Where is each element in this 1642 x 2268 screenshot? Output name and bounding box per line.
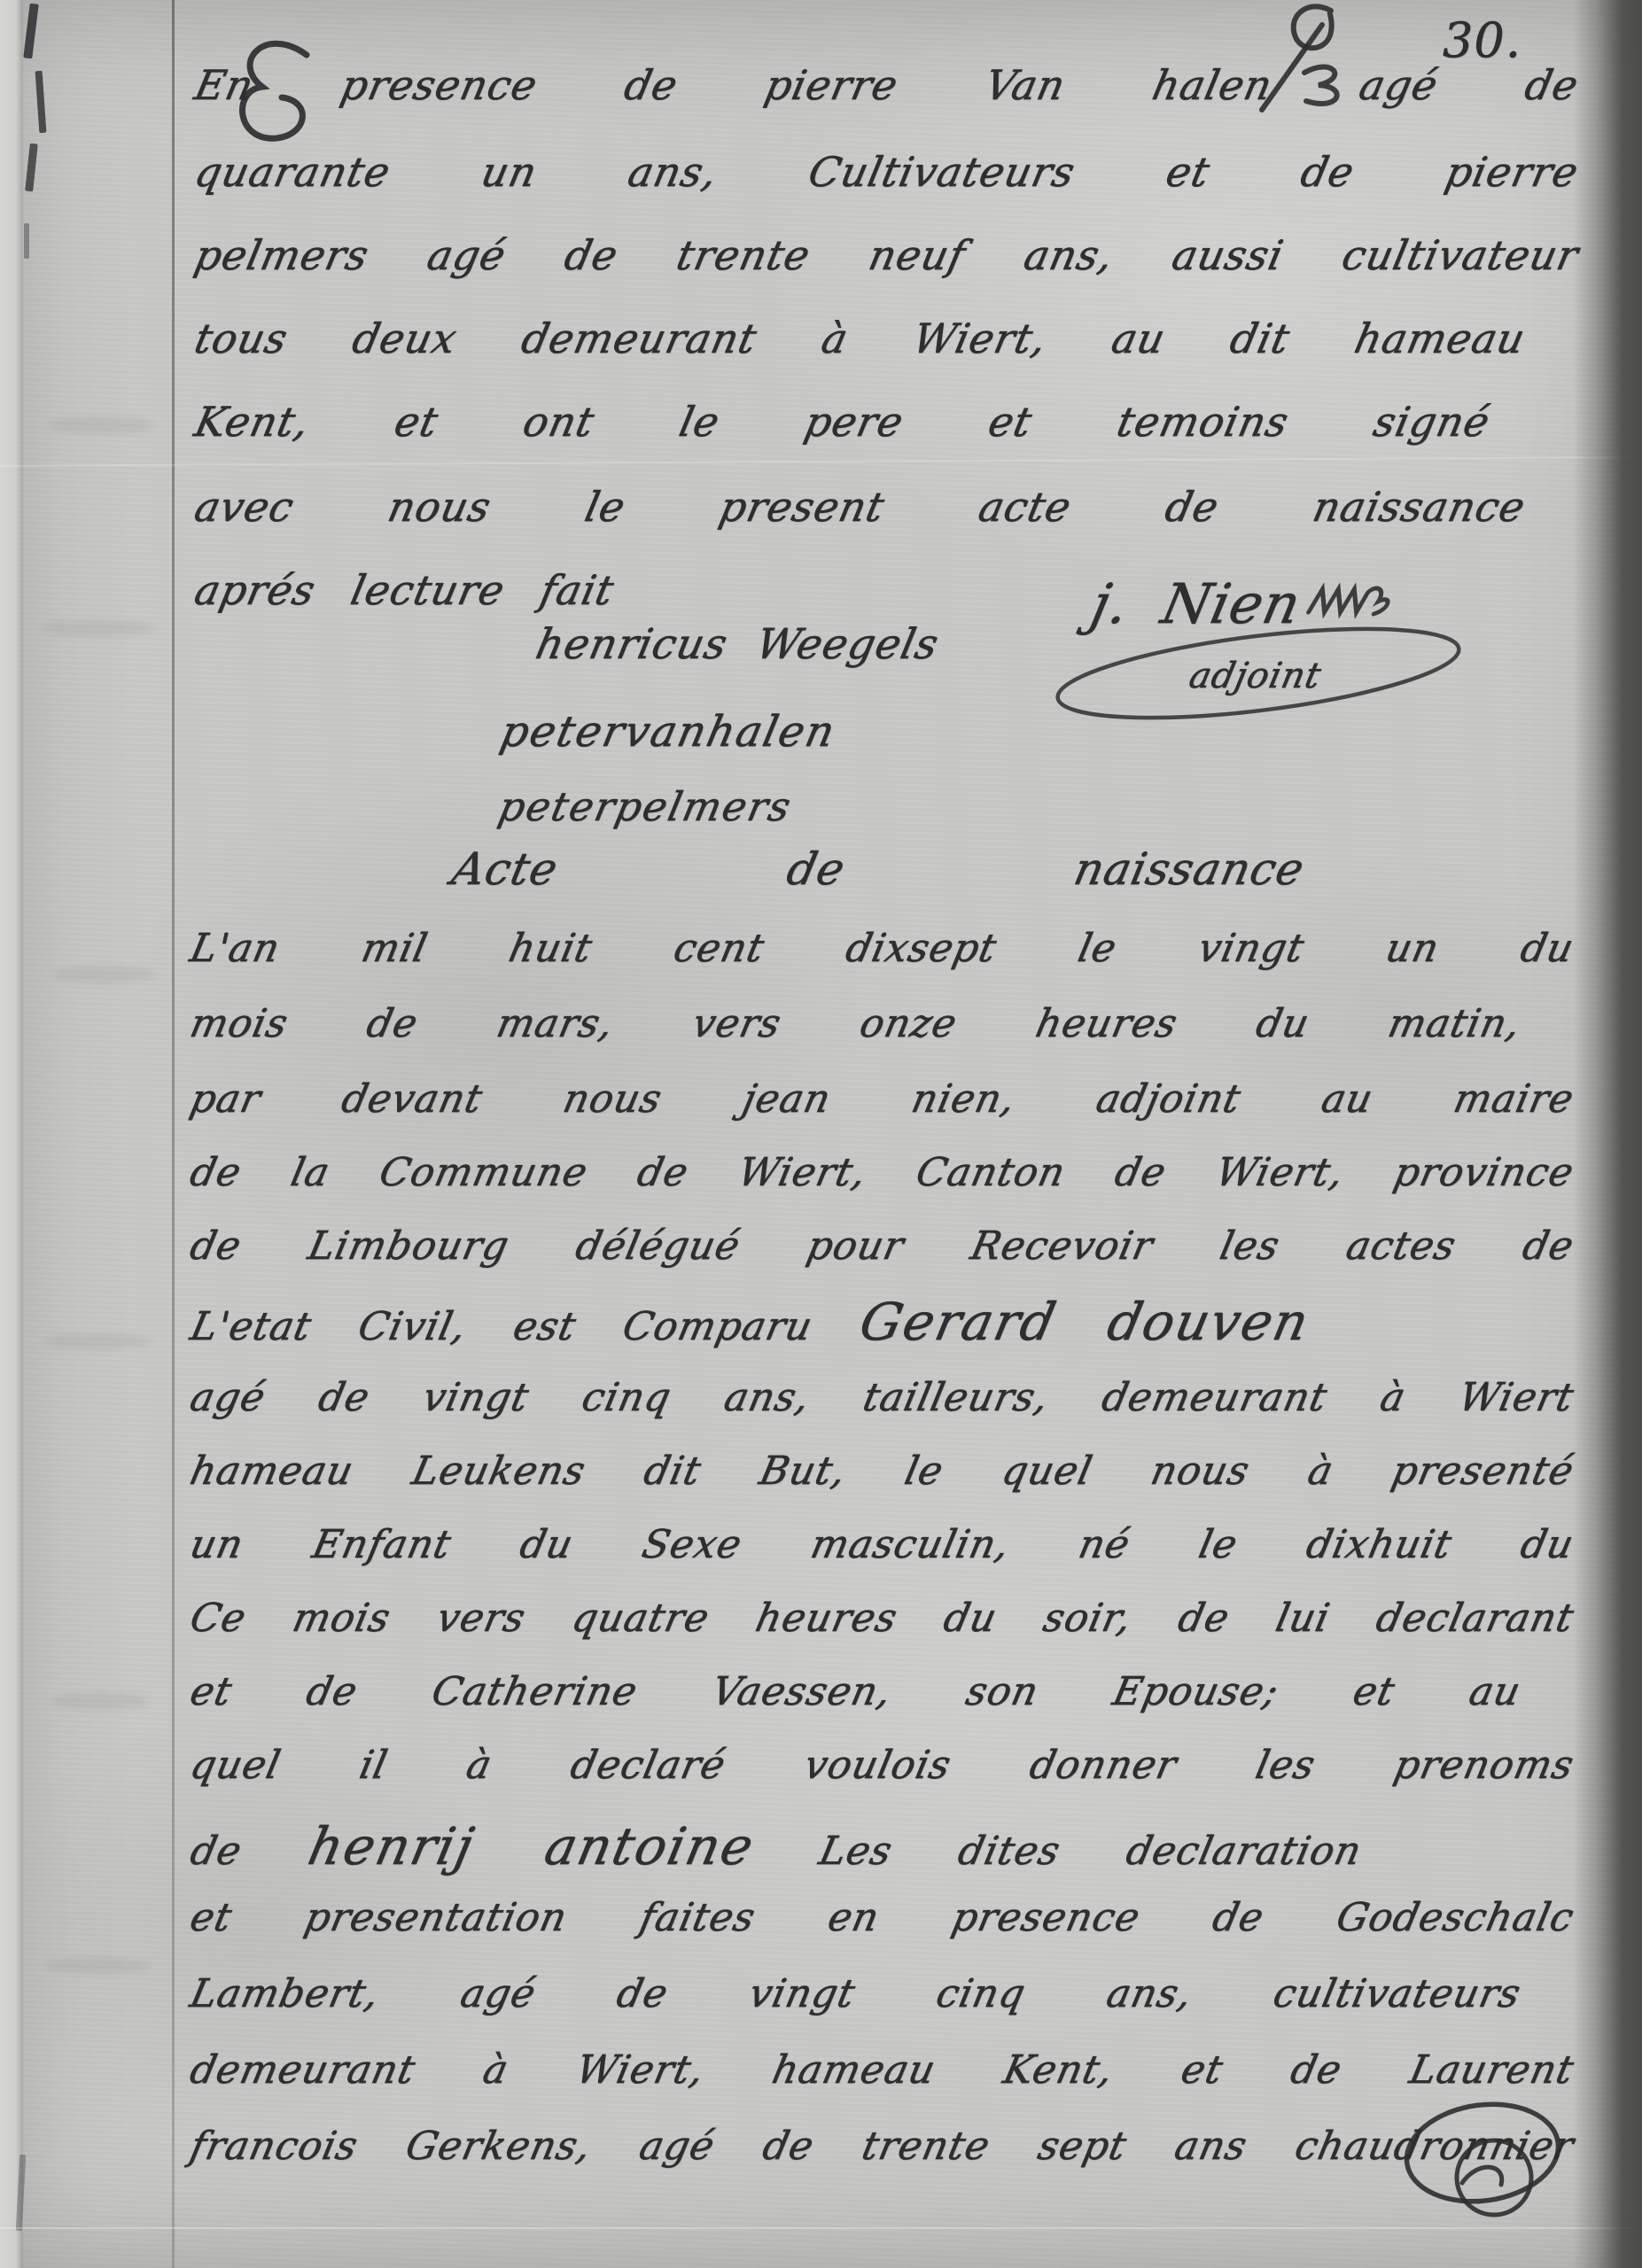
act-line: Ce mois vers quatre heures du soir, de l… xyxy=(186,1596,1578,1642)
act-line: francois Gerkens, agé de trente sept ans… xyxy=(186,2124,1578,2170)
signature-witness-weegels: henricus Weegels xyxy=(532,620,943,669)
bleedthrough-smudge xyxy=(49,416,155,434)
act-line-text: Les dites declaration xyxy=(815,1829,1366,1874)
closing-circle-flourish-icon xyxy=(1398,2098,1567,2235)
act-heading: Acte de naissance xyxy=(447,843,1309,895)
signature-witness-vanhalen: petervanhalen xyxy=(496,707,841,757)
act-line: un Enfant du Sexe masculin, né le dixhui… xyxy=(186,1523,1578,1568)
signature-witness-pelmers: peterpelmers xyxy=(494,783,797,830)
act-line: et de Catherine Vaessen, son Epouse; et … xyxy=(186,1670,1525,1715)
bleedthrough-smudge xyxy=(51,1692,149,1710)
act-line-with-name: L'etat Civil, est Comparu Gerard douven xyxy=(186,1293,1315,1352)
signature-tail-flourish-icon xyxy=(1303,580,1397,623)
paper-crease xyxy=(0,2227,1642,2229)
act-line: par devant nous jean nien, adjoint au ma… xyxy=(186,1077,1578,1122)
act-line: de Limbourg délégué pour Recevoir les ac… xyxy=(186,1224,1578,1270)
child-name: henrij antoine xyxy=(303,1816,760,1876)
act-line: L'an mil huit cent dixsept le vingt un d… xyxy=(186,927,1578,972)
act-line: de la Commune de Wiert, Canton de Wiert,… xyxy=(186,1151,1578,1196)
act-line-text: L'etat Civil, est Comparu xyxy=(187,1304,817,1349)
scanned-register-page: { "page": { "number": "30.", "paper_colo… xyxy=(0,0,1642,2268)
bleedthrough-smudge xyxy=(43,1333,153,1349)
act-line: hameau Leukens dit But, le quel nous à p… xyxy=(186,1449,1578,1495)
act-line: quel il à declaré voulois donner les pre… xyxy=(186,1744,1578,1789)
margin-rule-line xyxy=(172,0,175,2268)
closing-line: avec nous le present acte de naissance xyxy=(191,484,1529,531)
act-line: demeurant à Wiert, hameau Kent, et de La… xyxy=(186,2048,1578,2093)
closing-line: aprés lecture fait xyxy=(191,567,619,614)
act-line: Lambert, agé de vingt cinq ans, cultivat… xyxy=(186,1972,1525,2017)
page-number: 30. xyxy=(1443,12,1521,68)
bleedthrough-smudge xyxy=(44,1958,151,1974)
signature-official-title: adjoint xyxy=(1186,656,1325,696)
bleedthrough-smudge xyxy=(40,620,155,636)
closing-line: En presence de pierre Van halen agé de xyxy=(191,62,1583,109)
closing-line: tous deux demeurant à Wiert, au dit hame… xyxy=(191,315,1529,362)
closing-line: Kent, et ont le pere et temoins signé xyxy=(191,399,1494,446)
closing-line: quarante un ans, Cultivateurs et de pier… xyxy=(191,149,1583,196)
page-left-edge xyxy=(0,0,23,2268)
edge-ink-mark xyxy=(24,223,29,259)
act-line: agé de vingt cinq ans, tailleurs, demeur… xyxy=(186,1376,1578,1421)
bleedthrough-smudge xyxy=(53,966,155,983)
closing-line: pelmers agé de trente neuf ans, aussi cu… xyxy=(191,232,1583,279)
act-line-text: de xyxy=(187,1829,246,1874)
father-name: Gerard douven xyxy=(855,1292,1316,1352)
act-line: et presentation faites en presence de Go… xyxy=(186,1896,1578,1941)
act-line-with-name: de henrij antoine Les dites declaration xyxy=(186,1817,1368,1876)
binding-shadow xyxy=(1573,0,1642,2268)
act-line: mois de mars, vers onze heures du matin, xyxy=(186,1002,1525,1047)
